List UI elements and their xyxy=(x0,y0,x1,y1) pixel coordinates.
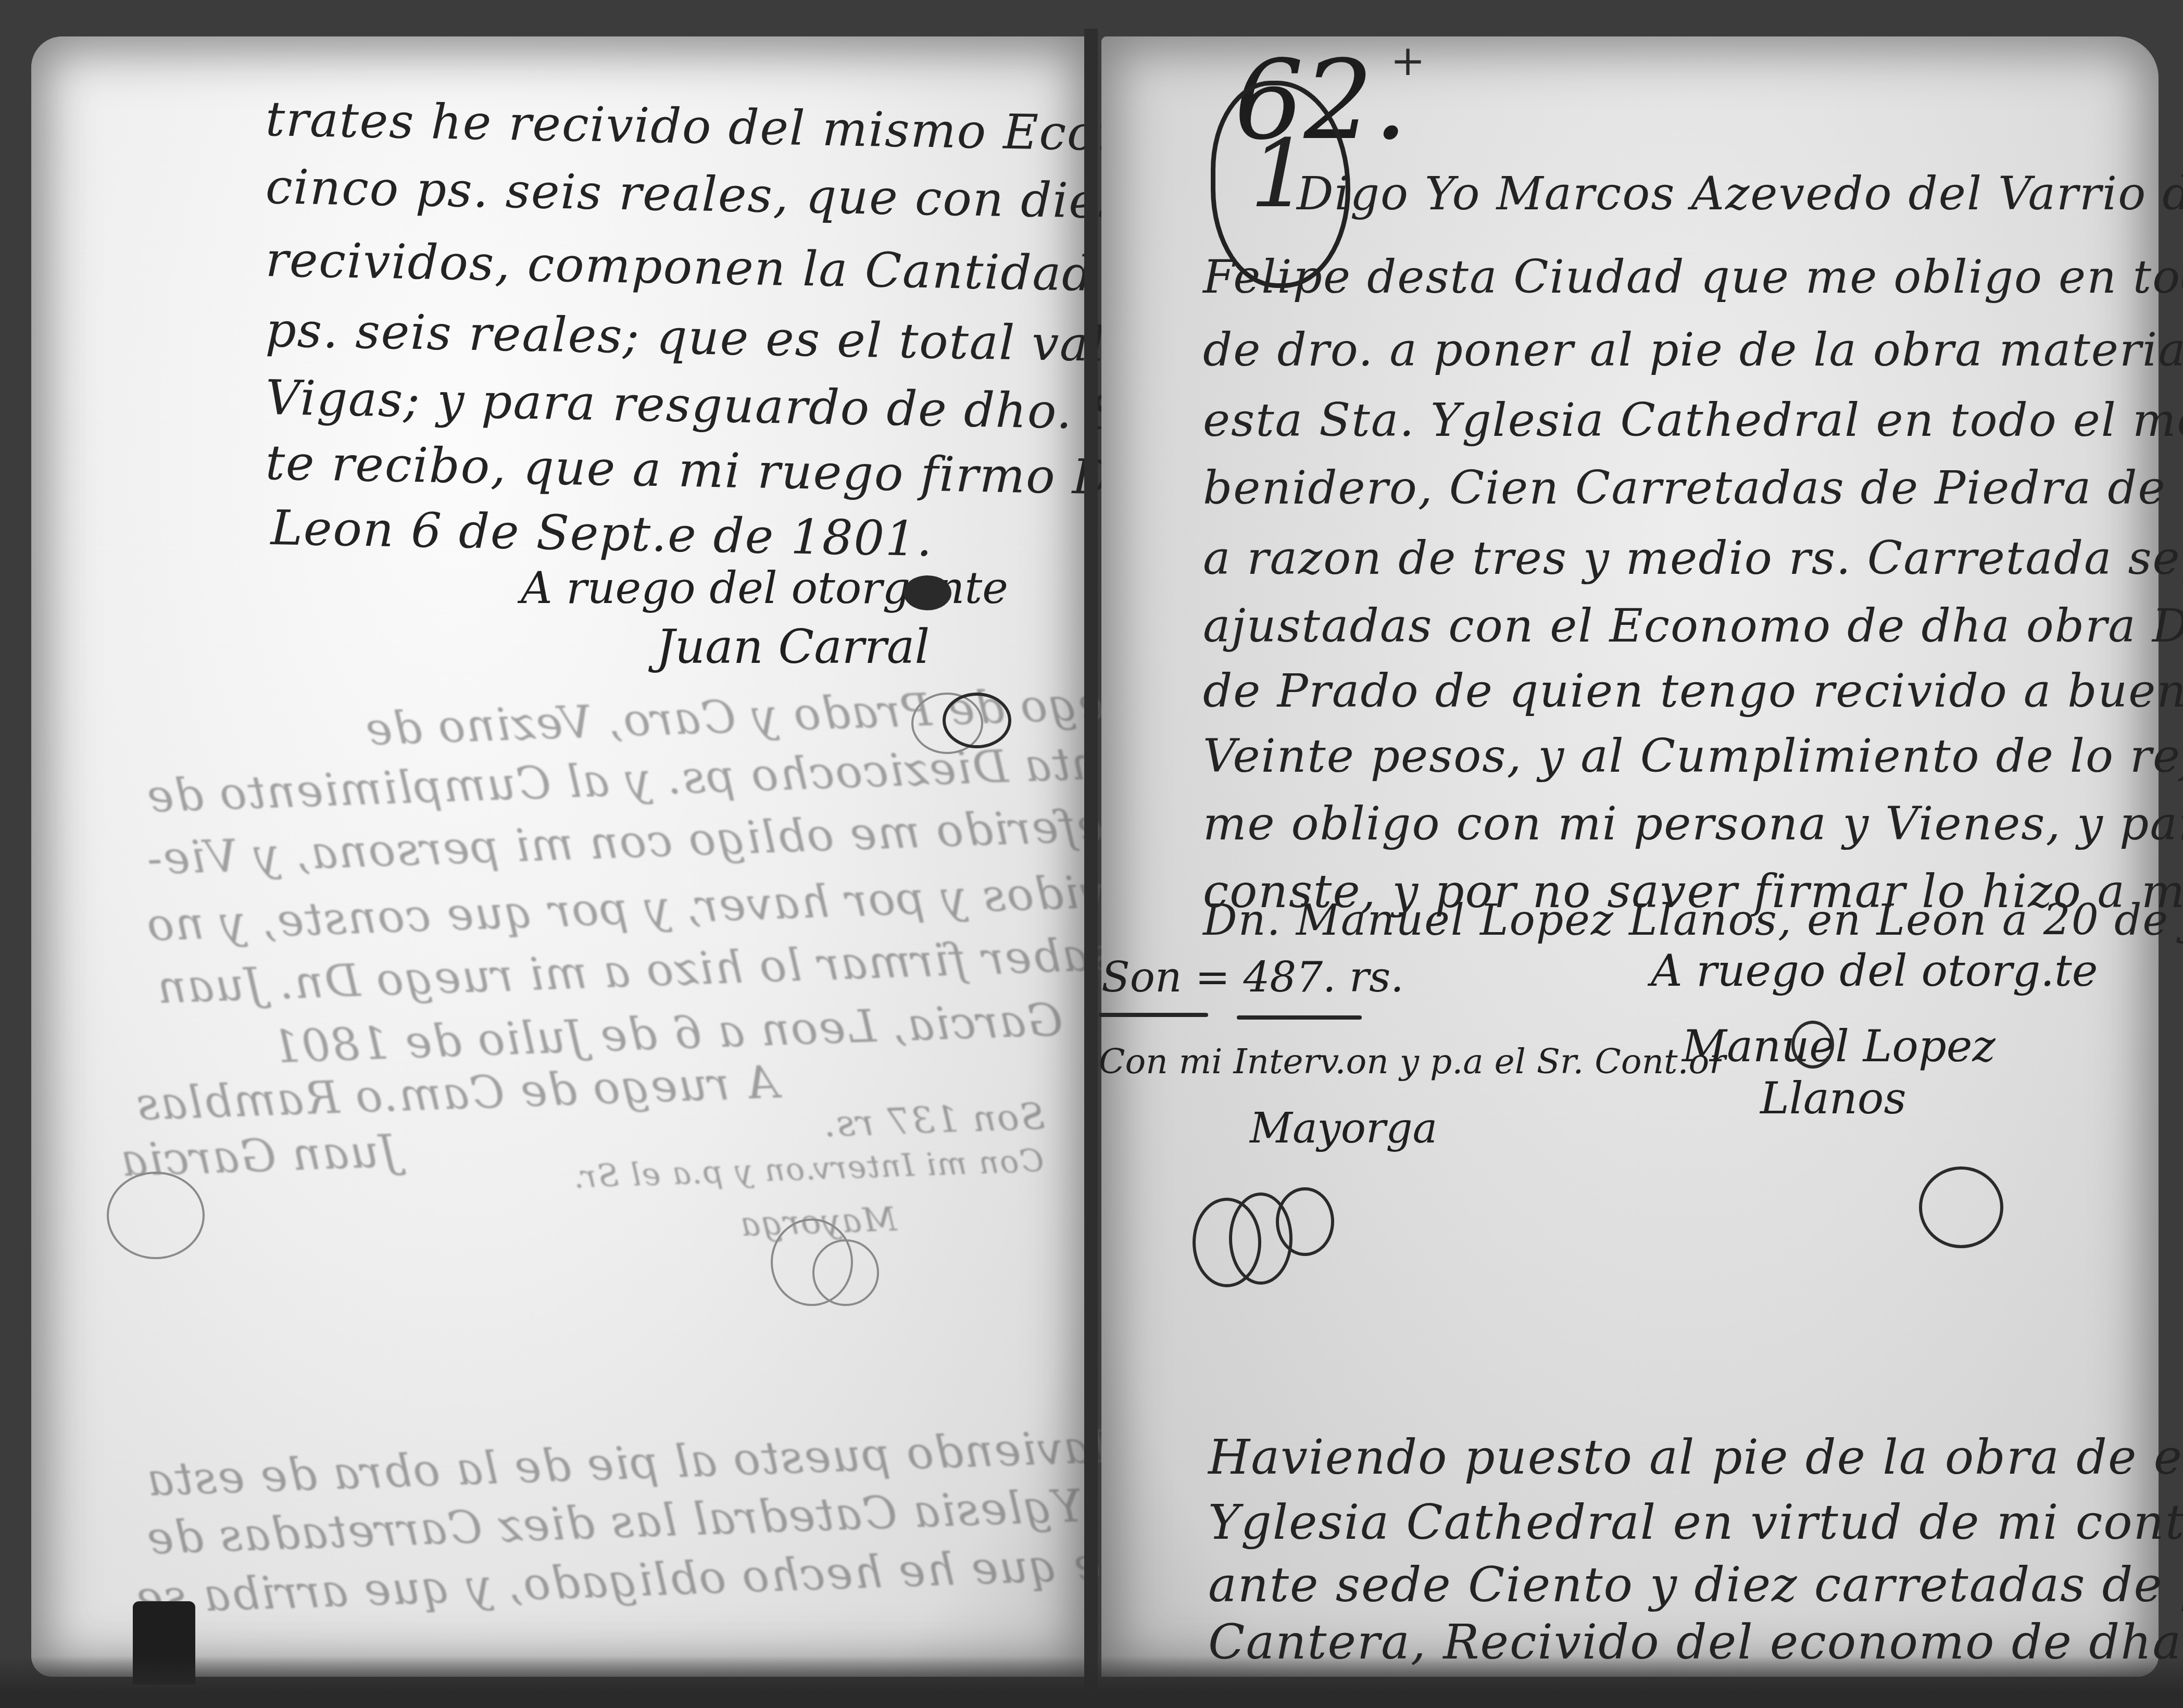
witness-rubric-loop xyxy=(1276,1187,1334,1256)
right-body-line: a razon de tres y medio rs. Carretada se… xyxy=(1203,531,2183,585)
left-date-line: Leon 6 de Sept.e de 1801. xyxy=(270,500,934,567)
right-body-line: benidero, Cien Carretadas de Piedra de C… xyxy=(1203,461,2183,514)
right-signer-name-line1: Manuel Lopez xyxy=(1682,1021,1996,1072)
right-body-line: ajustadas con el Economo de dha obra Dn.… xyxy=(1203,599,2183,652)
right-body-line: de dro. a poner al pie de la obra materi… xyxy=(1203,323,2183,376)
amount-underline-right xyxy=(1237,1015,1362,1020)
right-bottom-line: Yglesia Cathedral en virtud de mi contra… xyxy=(1208,1494,2183,1550)
right-body-line: Felipe desta Ciudad que me obligo en tod… xyxy=(1203,250,2183,304)
right-signer-name-line2: Llanos xyxy=(1760,1073,1906,1124)
show-through-flourish xyxy=(107,1172,205,1259)
right-bottom-line: Haviendo puesto al pie de la obra de est… xyxy=(1208,1429,2183,1485)
margin-witness-line: Con mi Interv.on y p.a el Sr. Cont.or xyxy=(1099,1041,1726,1082)
right-body-line: Veinte pesos, y al Cumplimiento de lo re… xyxy=(1203,729,2183,783)
margin-witness-name: Mayorga xyxy=(1250,1104,1437,1152)
amount-underline-left xyxy=(1099,1013,1208,1017)
right-signature-rubric xyxy=(1919,1166,2003,1248)
right-signature-loop xyxy=(1791,1021,1834,1069)
right-body-line: esta Sta. Yglesia Cathedral en todo el m… xyxy=(1203,393,2183,447)
right-at-request-line: A ruego del otorg.te xyxy=(1651,945,2098,996)
book-spine xyxy=(1084,29,1098,1705)
right-bottom-line: ante sede Ciento y diez carretadas de pi… xyxy=(1208,1557,2183,1613)
right-body-line: de Prado de quien tengo recivido a buena… xyxy=(1203,664,2183,718)
page-mark: + xyxy=(1390,36,1425,85)
show-through-line: Son 137 rs. xyxy=(822,1095,1046,1146)
margin-amount: Son = 487. rs. xyxy=(1101,953,1404,1001)
bottom-shadow xyxy=(0,1656,2183,1708)
left-signer-name: Juan Carral xyxy=(656,620,930,674)
left-signature-knot xyxy=(904,575,951,610)
right-body-line: me obligo con mi persona y Vienes, y par… xyxy=(1203,797,2183,850)
show-through-flourish xyxy=(812,1239,879,1306)
right-body-line: Dn. Manuel Lopez Llanos, en Leon a 20 de… xyxy=(1203,896,2183,945)
left-signature-flourish xyxy=(943,693,1011,748)
right-body-line: Digo Yo Marcos Azevedo del Varrio de Sn. xyxy=(1297,167,2183,220)
